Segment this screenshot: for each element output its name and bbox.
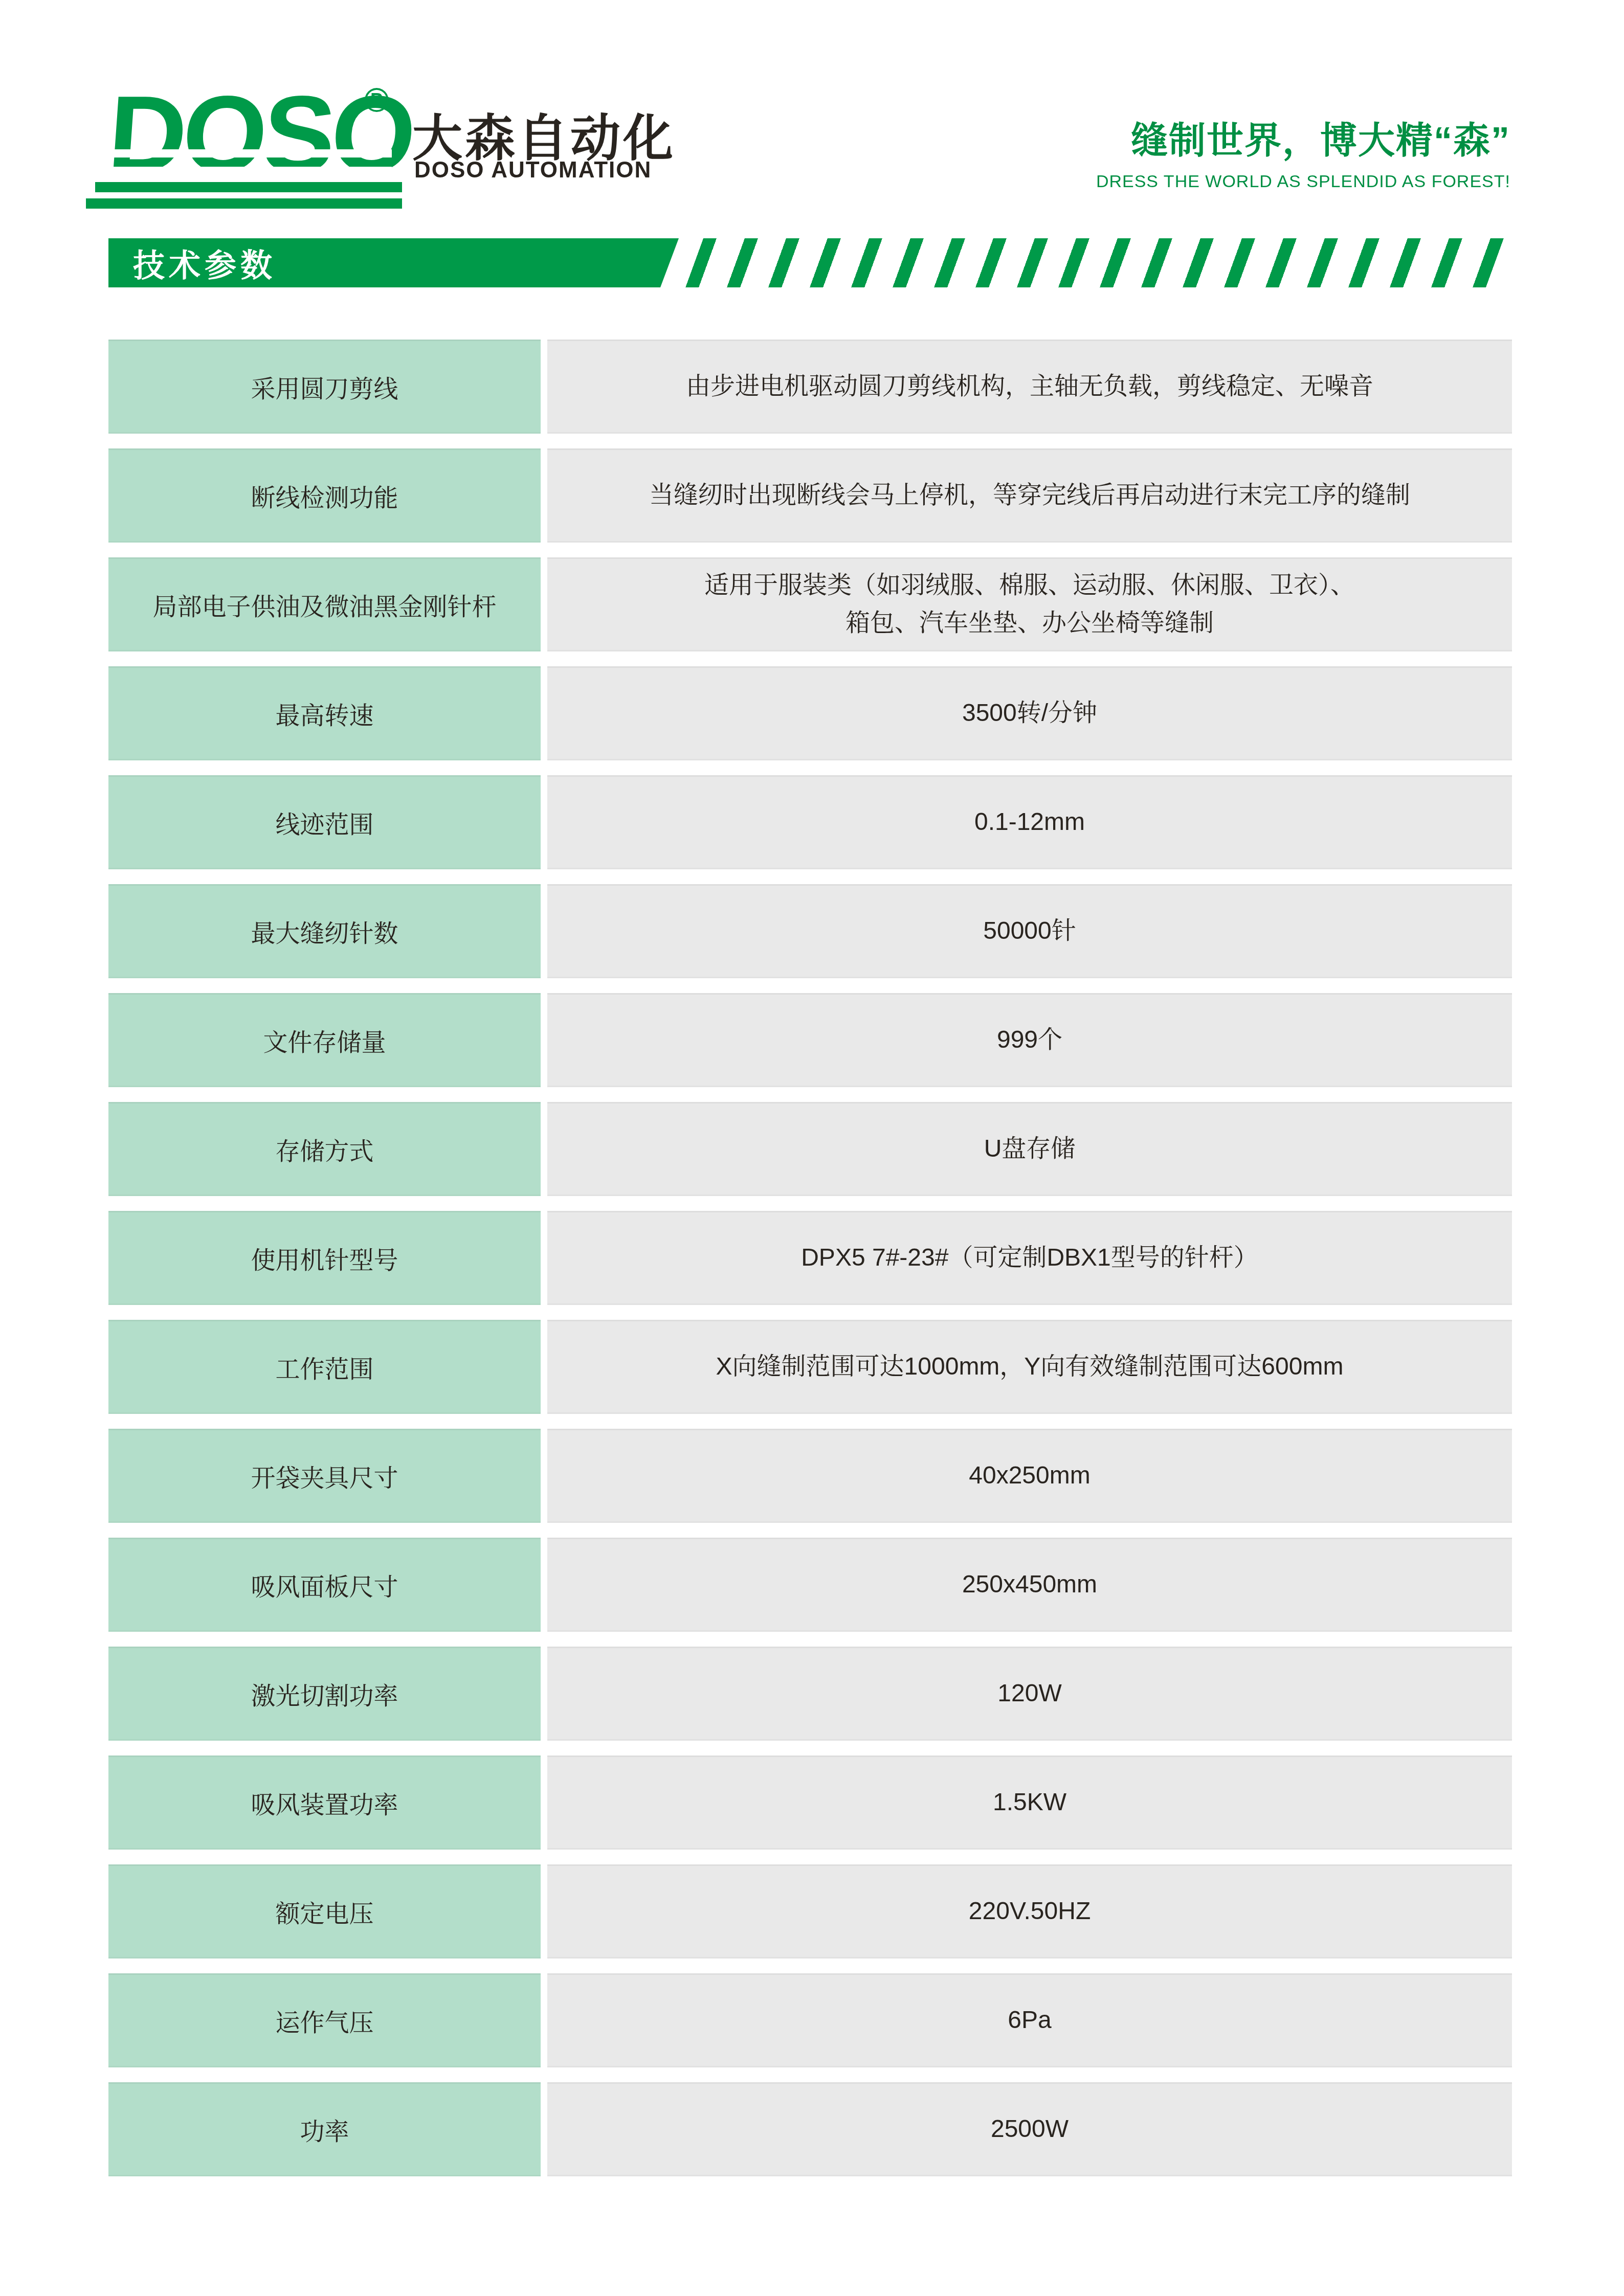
table-row: 运作气压 6Pa	[108, 1973, 1512, 2067]
spec-value-cell: 由步进电机驱动圆刀剪线机构，主轴无负载，剪线稳定、无噪音	[547, 340, 1512, 434]
spec-label-cell: 功率	[108, 2082, 541, 2176]
spec-value-cell: X向缝制范围可达1000mm，Y向有效缝制范围可达600mm	[547, 1320, 1512, 1414]
table-row: 最高转速 3500转/分钟	[108, 666, 1512, 760]
spec-label-cell: 存储方式	[108, 1102, 541, 1196]
spec-value-cell: 6Pa	[547, 1973, 1512, 2067]
table-row: 采用圆刀剪线 由步进电机驱动圆刀剪线机构，主轴无负载，剪线稳定、无噪音	[108, 340, 1512, 434]
slogan-zh: 缝制世界，博大精“森”	[1096, 110, 1510, 164]
registered-trademark-icon: ®	[364, 83, 389, 117]
table-row: 功率 2500W	[108, 2082, 1512, 2176]
spec-value-cell: U盘存储	[547, 1102, 1512, 1196]
spec-label-cell: 运作气压	[108, 1973, 541, 2067]
spec-label-cell: 吸风面板尺寸	[108, 1538, 541, 1632]
table-row: 线迹范围 0.1-12mm	[108, 775, 1512, 869]
spec-value-cell: 220V.50HZ	[547, 1864, 1512, 1959]
table-row: 局部电子供油及微油黑金刚针杆 适用于服装类（如羽绒服、棉服、运动服、休闲服、卫衣…	[108, 557, 1512, 651]
spec-value-cell: DPX5 7#-23#（可定制DBX1型号的针杆）	[547, 1211, 1512, 1305]
table-row: 最大缝纫针数 50000针	[108, 884, 1512, 978]
logo-stripe-bar	[86, 198, 402, 209]
banner-diagonal-stripes	[685, 238, 1504, 287]
spec-value-cell: 999个	[547, 993, 1512, 1087]
table-row: 文件存储量 999个	[108, 993, 1512, 1087]
spec-value-cell: 当缝纫时出现断线会马上停机，等穿完线后再启动进行末完工序的缝制	[547, 448, 1512, 543]
spec-value-cell: 适用于服装类（如羽绒服、棉服、运动服、休闲服、卫衣）、 箱包、汽车坐垫、办公坐椅…	[547, 557, 1512, 651]
spec-label-cell: 使用机针型号	[108, 1211, 541, 1305]
logo-stripe-cut	[100, 149, 392, 157]
spec-value-cell: 3500转/分钟	[547, 666, 1512, 760]
spec-label-cell: 额定电压	[108, 1864, 541, 1959]
table-row: 断线检测功能 当缝纫时出现断线会马上停机，等穿完线后再启动进行末完工序的缝制	[108, 448, 1512, 543]
spec-value-cell: 40x250mm	[547, 1429, 1512, 1523]
logo-stripe-bar	[95, 182, 402, 192]
table-row: 吸风装置功率 1.5KW	[108, 1755, 1512, 1850]
table-row: 吸风面板尺寸 250x450mm	[108, 1538, 1512, 1632]
section-title: 技术参数	[108, 240, 276, 286]
spec-value-cell: 120W	[547, 1647, 1512, 1741]
table-row: 工作范围 X向缝制范围可达1000mm，Y向有效缝制范围可达600mm	[108, 1320, 1512, 1414]
spec-label-cell: 最高转速	[108, 666, 541, 760]
spec-table: 采用圆刀剪线 由步进电机驱动圆刀剪线机构，主轴无负载，剪线稳定、无噪音 断线检测…	[108, 340, 1512, 2176]
spec-label-cell: 文件存储量	[108, 993, 541, 1087]
section-banner: 技术参数	[108, 238, 679, 287]
spec-label-cell: 局部电子供油及微油黑金刚针杆	[108, 557, 541, 651]
slogan: 缝制世界，博大精“森” DRESS THE WORLD AS SPLENDID …	[1096, 110, 1510, 192]
spec-value-cell: 2500W	[547, 2082, 1512, 2176]
table-row: 激光切割功率 120W	[108, 1647, 1512, 1741]
slogan-en: DRESS THE WORLD AS SPLENDID AS FOREST!	[1096, 172, 1510, 192]
spec-label-cell: 开袋夹具尺寸	[108, 1429, 541, 1523]
spec-sheet-page: DOSO ® 大森自动化 DOSO AUTOMATION 缝制世界，博大精“森”…	[0, 0, 1624, 2296]
table-row: 额定电压 220V.50HZ	[108, 1864, 1512, 1959]
spec-label-cell: 最大缝纫针数	[108, 884, 541, 978]
spec-label-cell: 线迹范围	[108, 775, 541, 869]
spec-value-cell: 250x450mm	[547, 1538, 1512, 1632]
table-row: 开袋夹具尺寸 40x250mm	[108, 1429, 1512, 1523]
company-name-en: DOSO AUTOMATION	[414, 157, 652, 183]
spec-label-cell: 断线检测功能	[108, 448, 541, 543]
spec-label-cell: 吸风装置功率	[108, 1755, 541, 1850]
spec-label-cell: 采用圆刀剪线	[108, 340, 541, 434]
spec-value-cell: 50000针	[547, 884, 1512, 978]
table-row: 存储方式 U盘存储	[108, 1102, 1512, 1196]
logo-stripe-cut	[100, 167, 392, 175]
spec-label-cell: 激光切割功率	[108, 1647, 541, 1741]
spec-value-cell: 1.5KW	[547, 1755, 1512, 1850]
spec-value-cell: 0.1-12mm	[547, 775, 1512, 869]
spec-label-cell: 工作范围	[108, 1320, 541, 1414]
table-row: 使用机针型号 DPX5 7#-23#（可定制DBX1型号的针杆）	[108, 1211, 1512, 1305]
